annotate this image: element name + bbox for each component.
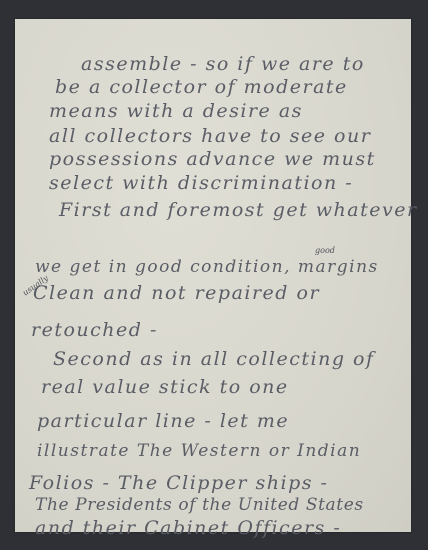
handwritten-line: means with a desire as [49,102,303,121]
handwritten-line: illustrate The Western or Indian [37,443,361,460]
handwritten-line: we get in good condition, margins [35,259,379,276]
letter-page: assemble - so if we are to be a collecto… [15,19,411,532]
handwritten-line: and their Cabinet Officers - [35,519,341,538]
handwritten-line: Second as in all collecting of [53,350,375,369]
handwritten-line: particular line - let me [37,412,289,431]
handwritten-line: real value stick to one [41,378,289,397]
handwritten-line: First and foremost get whatever [59,201,418,220]
handwritten-line: all collectors have to see our [49,127,371,146]
handwritten-line: possessions advance we must [49,150,376,169]
handwritten-line: retouched - [31,321,158,340]
handwritten-line: Folios - The Clipper ships - [29,474,328,493]
handwritten-line: Clean and not repaired or [33,284,320,303]
handwritten-line: be a collector of moderate [55,78,348,97]
handwritten-line: assemble - so if we are to [81,55,365,74]
handwritten-line: The Presidents of the United States [35,497,364,514]
handwritten-line: select with discrimination - [49,174,353,193]
annotation-good: good [315,246,335,255]
